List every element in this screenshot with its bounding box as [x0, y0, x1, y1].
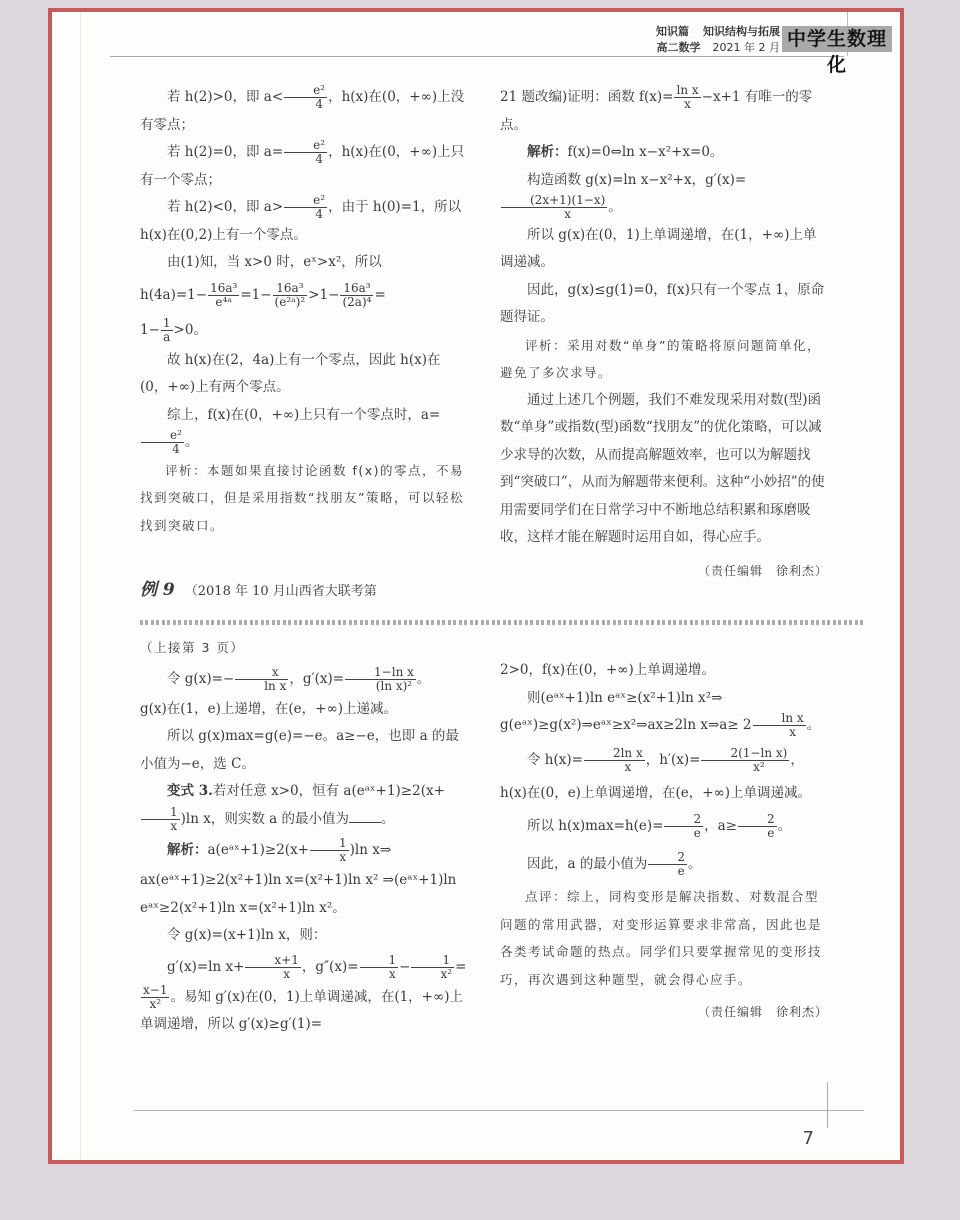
- left-column-bottom: （上接第 3 页） 令 g(x)=−xln x，g′(x)=1−ln x(ln …: [140, 634, 468, 1039]
- footer-vertical-rule: [827, 1082, 828, 1128]
- magazine-logo: 中学生数理化: [782, 26, 892, 52]
- equation-line: 因此，a 的最小值为2e。: [500, 845, 828, 883]
- paragraph: 构造函数 g(x)=ln x−x²+x，g′(x)=(2x+1)(1−x)x。: [500, 167, 828, 222]
- commentary: 点评：综上，同构变形是解决指数、对数混合型问题的常用武器，对变形运算要求非常高，…: [500, 883, 828, 993]
- paragraph: 若 h(2)>0，即 a<e²4，h(x)在(0，+∞)上没有零点；: [140, 84, 468, 139]
- paragraph: 由(1)知，当 x>0 时，eˣ>x²，所以: [140, 249, 468, 277]
- equation-line: 1−1a>0。: [140, 313, 468, 347]
- header-rule: [110, 56, 844, 57]
- equation-line: h(4a)=1−16a³e⁴ᵃ=1−16a³(e²ᵃ)²>1−16a³(2a)⁴…: [140, 277, 468, 313]
- equation-line: 所以 h(x)max=h(e)=2e，a≥2e。: [500, 807, 828, 845]
- continued-note: （上接第 3 页）: [140, 634, 468, 662]
- running-header: 知识篇知识结构与拓展 高二数学2021 年 2 月: [642, 24, 780, 56]
- paragraph: 解析：a(eᵃˣ+1)≥2(x+1x)ln x⇒: [140, 833, 468, 867]
- paragraph: 因此，g(x)≤g(1)=0，f(x)只有一个零点 1，原命题得证。: [500, 277, 828, 332]
- editor-credit: （责任编辑 徐利杰）: [500, 999, 828, 1027]
- paragraph: 2>0，f(x)在(0，+∞)上单调递增。: [500, 657, 828, 685]
- paragraph: 21 题改编)证明：函数 f(x)=ln xx−x+1 有唯一的零点。: [500, 84, 828, 139]
- answer-blank: [349, 822, 381, 823]
- commentary: 评析：本题如果直接讨论函数 f(x)的零点，不易找到突破口，但是采用指数“找朋友…: [140, 457, 468, 540]
- example-source: （2018 年 10 月山西省大联考第: [185, 584, 377, 599]
- equation-line: g′(x)=ln x+x+1x，g″(x)=1x−1x²=: [140, 950, 468, 984]
- footer-rule: [134, 1110, 864, 1111]
- paragraph: 则(eᵃˣ+1)ln eᵃˣ≥(x²+1)ln x²⇒ g(eᵃˣ)≥g(x²)…: [500, 685, 828, 740]
- commentary: 评析：采用对数“单身”的策略将原问题简单化，避免了多次求导。: [500, 332, 828, 387]
- paragraph: ax(eᵃˣ+1)≥2(x²+1)ln x=(x²+1)ln x² ⇒(eᵃˣ+…: [140, 867, 468, 922]
- paragraph: x−1x²。易知 g′(x)在(0，1)上单调递减，在(1，+∞)上单调递增，所…: [140, 984, 468, 1039]
- paragraph: 通过上述几个例题，我们不难发现采用对数(型)函数“单身”或指数(型)函数“找朋友…: [500, 387, 828, 552]
- equation-line: 令 g(x)=−xln x，g′(x)=1−ln x(ln x)²。: [140, 662, 468, 696]
- paragraph: 若 h(2)<0，即 a>e²4，由于 h(0)=1，所以 h(x)在(0,2)…: [140, 194, 468, 249]
- magazine-page: 知识篇知识结构与拓展 高二数学2021 年 2 月 中学生数理化 若 h(2)>…: [48, 8, 904, 1164]
- paragraph: 解析：f(x)=0⇔ln x−x²+x=0。: [500, 139, 828, 167]
- header-column: 知识结构与拓展: [703, 25, 780, 38]
- paragraph: 故 h(x)在(2，4a)上有一个零点，因此 h(x)在(0，+∞)上有两个零点…: [140, 347, 468, 402]
- equation-line: 令 h(x)=2ln xx，h′(x)=2(1−ln x)x²，: [500, 740, 828, 780]
- paragraph: 所以 g(x)max=g(e)=−e。a≥−e，也即 a 的最小值为−e，选 C…: [140, 723, 468, 778]
- editor-credit: （责任编辑 徐利杰）: [500, 558, 828, 586]
- fraction: e²4: [284, 84, 327, 111]
- variant-problem: 变式 3.若对任意 x>0，恒有 a(eᵃˣ+1)≥2(x+1x)ln x，则实…: [140, 778, 468, 833]
- page-number: 7: [803, 1128, 814, 1149]
- header-grade: 高二数学: [657, 41, 701, 54]
- margin-line: [80, 12, 81, 1160]
- example-heading: 例 9（2018 年 10 月山西省大联考第: [140, 578, 480, 604]
- paragraph: 所以 g(x)在(0，1)上单调递增，在(1，+∞)上单调递减。: [500, 222, 828, 277]
- example-label: 例 9: [140, 580, 175, 600]
- right-column-bottom: 2>0，f(x)在(0，+∞)上单调递增。 则(eᵃˣ+1)ln eᵃˣ≥(x²…: [500, 657, 828, 1027]
- header-date: 2021 年 2 月: [713, 41, 780, 54]
- section-divider: [140, 620, 864, 625]
- right-column-top: 21 题改编)证明：函数 f(x)=ln xx−x+1 有唯一的零点。 解析：f…: [500, 84, 828, 585]
- paragraph: 综上，f(x)在(0，+∞)上只有一个零点时，a=e²4。: [140, 402, 468, 457]
- paragraph: h(x)在(0，e)上单调递增，在(e，+∞)上单调递减。: [500, 780, 828, 808]
- header-section: 知识篇: [656, 25, 689, 38]
- left-column-top: 若 h(2)>0，即 a<e²4，h(x)在(0，+∞)上没有零点； 若 h(2…: [140, 84, 468, 539]
- paragraph: g(x)在(1，e)上递增，在(e，+∞)上递减。: [140, 696, 468, 724]
- paragraph: 令 g(x)=(x+1)ln x，则：: [140, 922, 468, 950]
- paragraph: 若 h(2)=0，即 a=e²4，h(x)在(0，+∞)上只有一个零点；: [140, 139, 468, 194]
